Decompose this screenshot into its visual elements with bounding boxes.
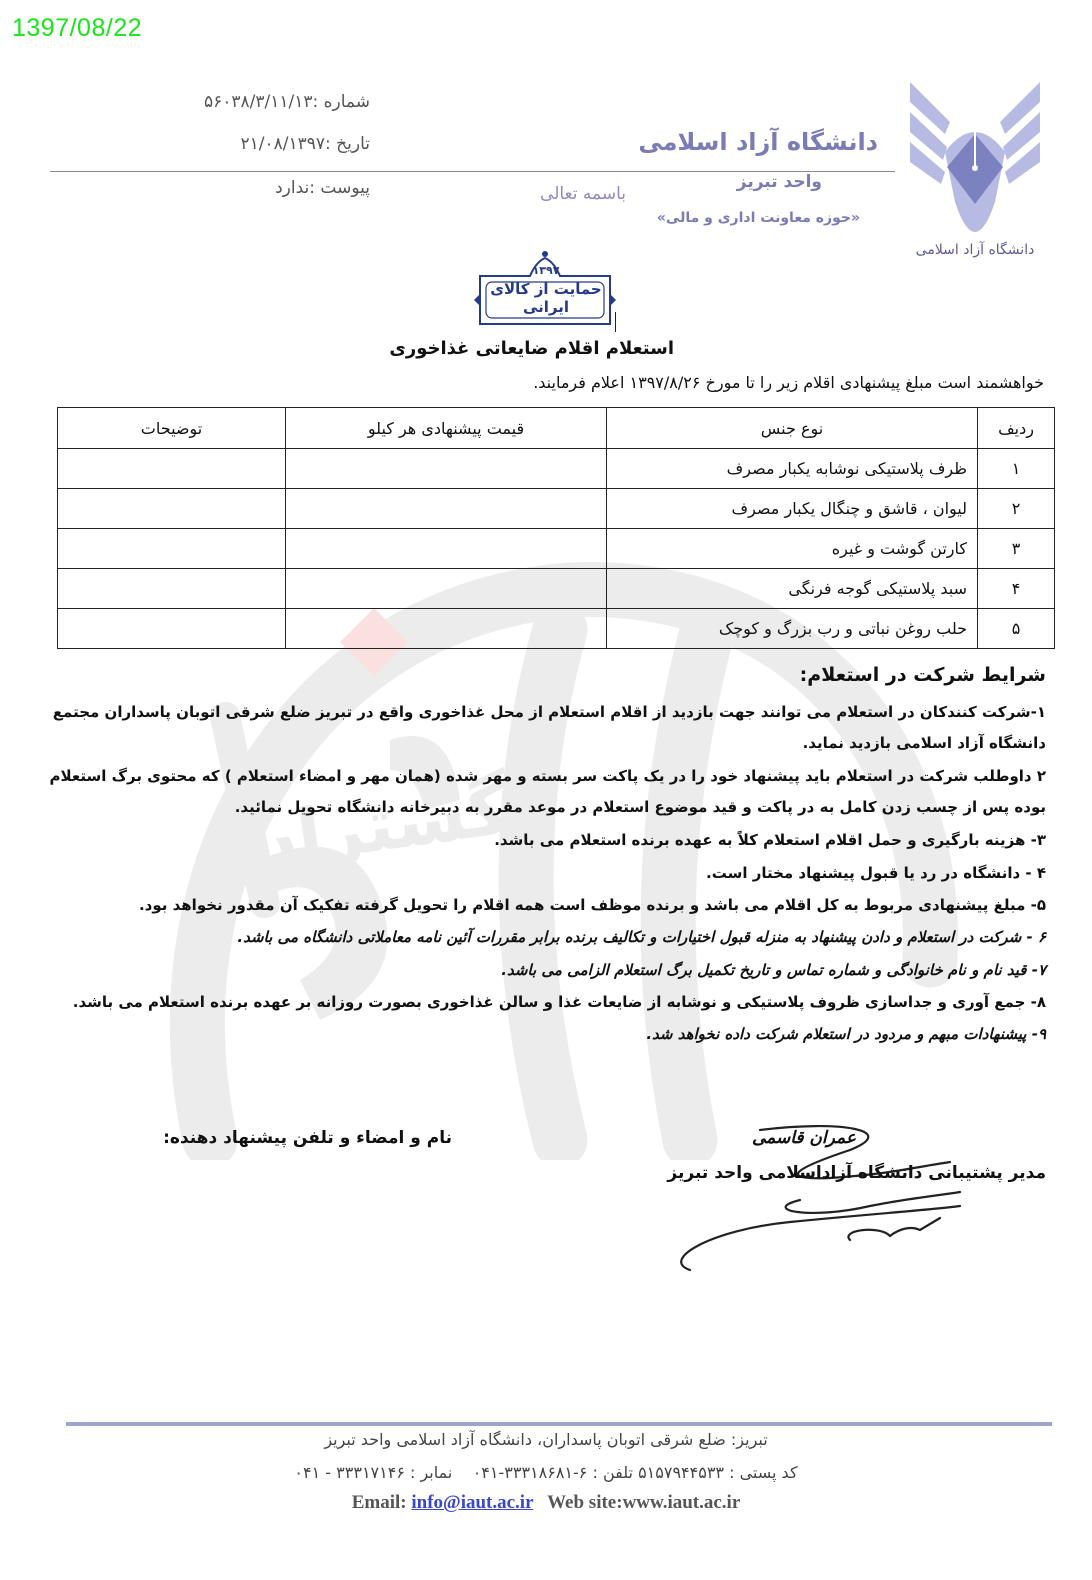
letter-number-label: شماره : [313, 92, 371, 112]
signatory-role: مدیر پشتیبانی دانشگاه آزاداسلامی واحد تب… [667, 1163, 1046, 1183]
letter-number: شماره :۵۶۰۳۸/۳/۱۱/۱۳ [204, 92, 370, 112]
item-type: ظرف پلاستیکی نوشابه یکبار مصرف [607, 449, 978, 489]
table-row: ۳ کارتن گوشت و غیره [58, 529, 1055, 569]
letter-number-value: ۵۶۰۳۸/۳/۱۱/۱۳ [204, 92, 313, 112]
email-link[interactable]: info@iaut.ac.ir [411, 1492, 533, 1513]
row-number: ۱ [978, 449, 1055, 489]
university-name: دانشگاه آزاد اسلامی [638, 128, 878, 156]
attachment-label: پیوست : [309, 178, 370, 198]
price-cell[interactable] [286, 609, 607, 649]
fax-number: ۳۳۳۱۷۱۴۶ - ۰۴۱ [294, 1463, 404, 1482]
item-type: سبد پلاستیکی گوجه فرنگی [607, 569, 978, 609]
page-title: استعلام اقلام ضایعاتی غذاخوری [389, 338, 674, 359]
phone-label: تلفن : [592, 1463, 633, 1482]
header-item-type: نوع جنس [607, 408, 978, 449]
condition-item-6: ۶ - شرکت در استعلام و دادن پیشنهاد به من… [46, 922, 1046, 953]
logo-caption: دانشگاه آزاد اسلامی [916, 241, 1035, 258]
postal-code: ۵۱۵۷۹۴۴۵۳۳ [638, 1463, 724, 1482]
letter-attachment: پیوست :ندارد [275, 178, 370, 198]
row-number: ۵ [978, 609, 1055, 649]
attachment-value: ندارد [275, 178, 309, 198]
letter-date-value: ۲۱/۰۸/۱۳۹۷ [241, 134, 326, 154]
text-cursor [615, 312, 616, 332]
price-cell[interactable] [286, 529, 607, 569]
fax-label: نمابر : [410, 1463, 452, 1482]
letter-date: تاریخ :۲۱/۰۸/۱۳۹۷ [241, 134, 370, 154]
department-name: «حوزه معاونت اداری و مالی» [657, 210, 860, 226]
condition-item-9: ۹- پیشنهادات مبهم و مردود در استعلام شرک… [46, 1019, 1046, 1050]
stamp-date: 1397/08/22 [12, 14, 142, 43]
footer-contact-numbers: کد پستی : ۵۱۵۷۹۴۴۵۳۳ تلفن : ۶-۳۳۳۱۸۶۸۱-۰… [0, 1463, 1092, 1482]
university-logo-icon: دانشگاه آزاد اسلامی [905, 72, 1045, 267]
website-link[interactable]: www.iaut.ac.ir [623, 1492, 741, 1513]
notes-cell[interactable] [58, 449, 286, 489]
price-cell[interactable] [286, 449, 607, 489]
postal-code-label: کد پستی : [729, 1463, 797, 1482]
table-header-row: ردیف نوع جنس قیمت پیشنهادی هر کیلو توضیح… [58, 408, 1055, 449]
signatory-name: عمران قاسمی [752, 1128, 856, 1148]
table-row: ۴ سبد پلاستیکی گوجه فرنگی [58, 569, 1055, 609]
condition-item-5: ۵- مبلغ پیشنهادی مربوط به کل اقلام می با… [46, 890, 1046, 921]
item-type: حلب روغن نباتی و رب بزرگ و کوچک [607, 609, 978, 649]
website-label: Web site: [547, 1492, 622, 1513]
intro-text: خواهشمند است مبلغ پیشنهادی اقلام زیر را … [533, 373, 1044, 392]
header-notes: توضیحات [58, 408, 286, 449]
condition-item-3: ۳- هزینه بارگیری و حمل اقلام استعلام کلا… [46, 825, 1046, 856]
item-type: کارتن گوشت و غیره [607, 529, 978, 569]
header-price-per-kilo: قیمت پیشنهادی هر کیلو [286, 408, 607, 449]
condition-item-8: ۸- جمع آوری و جداسازی ظروف پلاستیکی و نو… [46, 987, 1046, 1018]
price-cell[interactable] [286, 569, 607, 609]
table-row: ۲ لیوان ، قاشق و چنگال یکبار مصرف [58, 489, 1055, 529]
table-row: ۵ حلب روغن نباتی و رب بزرگ و کوچک [58, 609, 1055, 649]
badge-text: حمایت از کالای ایرانی [476, 280, 616, 316]
row-number: ۲ [978, 489, 1055, 529]
items-table: ردیف نوع جنس قیمت پیشنهادی هر کیلو توضیح… [57, 407, 1055, 649]
notes-cell[interactable] [58, 569, 286, 609]
condition-item-1: ۱-شرکت کنندکان در استعلام می توانند جهت … [46, 697, 1046, 759]
price-cell[interactable] [286, 489, 607, 529]
badge-year: ۱۳۹۷ [476, 264, 616, 277]
notes-cell[interactable] [58, 609, 286, 649]
row-number: ۴ [978, 569, 1055, 609]
item-type: لیوان ، قاشق و چنگال یکبار مصرف [607, 489, 978, 529]
condition-item-7: ۷- قید نام و نام خانوادگی و شماره تماس و… [46, 955, 1046, 986]
condition-item-2: ۲ داوطلب شرکت در استعلام باید پیشنهاد خو… [46, 761, 1046, 823]
row-number: ۳ [978, 529, 1055, 569]
basmala: باسمه تعالی [540, 184, 626, 204]
bidder-signature-label: نام و امضاء و تلفن پیشنهاد دهنده: [163, 1128, 452, 1148]
notes-cell[interactable] [58, 529, 286, 569]
condition-item-4: ۴ - دانشگاه در رد یا قبول پیشنهاد مختار … [46, 858, 1046, 889]
email-label: Email: [352, 1492, 407, 1513]
notes-cell[interactable] [58, 489, 286, 529]
phone-number: ۶-۳۳۳۱۸۶۸۱-۰۴۱ [473, 1463, 588, 1482]
footer-divider [66, 1422, 1052, 1426]
footer-web-contact: Email: info@iaut.ac.ir Web site:www.iaut… [0, 1492, 1092, 1514]
footer-address: تبریز: ضلع شرقی اتوبان پاسداران، دانشگاه… [0, 1430, 1092, 1449]
letter-date-label: تاریخ : [325, 134, 370, 154]
header-row-number: ردیف [978, 408, 1055, 449]
branch-name: واحد تبریز [737, 172, 822, 192]
conditions-title: شرایط شرکت در استعلام: [800, 664, 1046, 686]
table-row: ۱ ظرف پلاستیکی نوشابه یکبار مصرف [58, 449, 1055, 489]
